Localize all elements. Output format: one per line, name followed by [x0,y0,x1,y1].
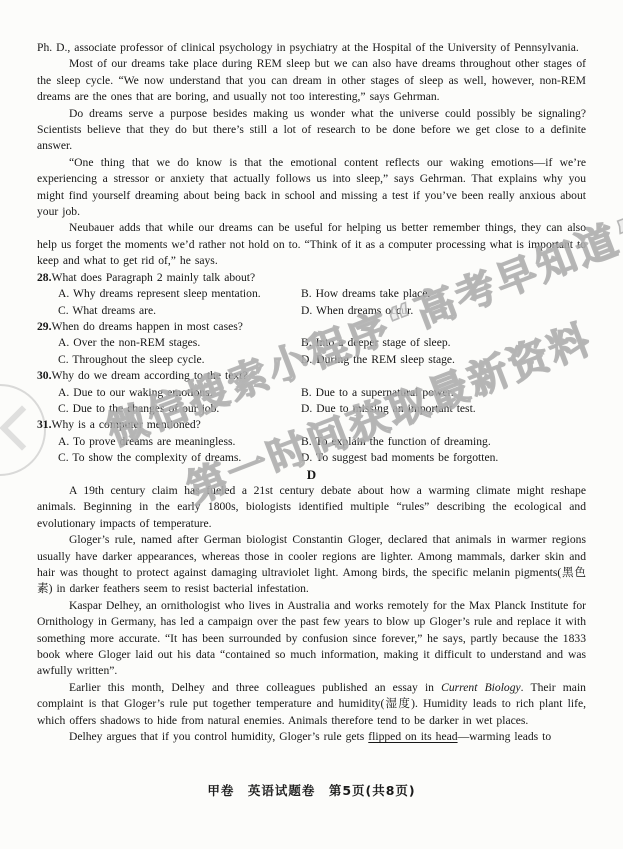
option-d: D. When dreams occur. [301,303,586,319]
question-30: 30.Why do we dream according to the text… [37,368,586,384]
question-text: Why do we dream according to the text? [52,369,248,382]
underlined-phrase: flipped on its head [368,730,457,743]
page-footer: 甲卷 英语试题卷 第5页(共8页) [0,781,623,799]
option-c: C. What dreams are. [58,303,301,319]
passage-paragraph: Neubauer adds that while our dreams can … [37,220,586,269]
question-31-options: A. To prove dreams are meaningless. B. T… [58,434,586,467]
option-b: B. Due to a supernatural power. [301,385,586,401]
option-a: A. Why dreams represent sleep mentation. [58,286,301,302]
option-b: B. To explain the function of dreaming. [301,434,586,450]
passage-paragraph: Kaspar Delhey, an ornithologist who live… [37,598,586,680]
question-30-options: A. Due to our waking emotions. B. Due to… [58,385,586,418]
question-number: 29. [37,320,52,333]
passage-paragraph: “One thing that we do know is that the e… [37,155,586,221]
passage-paragraph: Ph. D., associate professor of clinical … [37,40,586,56]
question-31: 31.Why is a computer mentioned? [37,417,586,433]
option-a: A. Over the non-REM stages. [58,335,301,351]
passage-paragraph: A 19th century claim has fueled a 21st c… [37,483,586,532]
option-a: A. To prove dreams are meaningless. [58,434,301,450]
question-text: When do dreams happen in most cases? [52,320,243,333]
option-c: C. Throughout the sleep cycle. [58,352,301,368]
question-text: What does Paragraph 2 mainly talk about? [52,271,256,284]
passage-paragraph: Gloger’s rule, named after German biolog… [37,532,586,598]
option-d: D. To suggest bad moments be forgotten. [301,450,586,466]
question-number: 31. [37,418,52,431]
passage-paragraph: Most of our dreams take place during REM… [37,56,586,105]
option-c: C. To show the complexity of dreams. [58,450,301,466]
paragraph-text: Earlier this month, Delhey and three col… [69,681,441,694]
passage-paragraph: Do dreams serve a purpose besides making… [37,106,586,155]
option-b: B. How dreams take place. [301,286,586,302]
option-c: C. Due to the changes of our job. [58,401,301,417]
paragraph-text: —warming leads to [458,730,552,743]
paragraph-text: Delhey argues that if you control humidi… [69,730,368,743]
question-number: 30. [37,369,52,382]
option-d: D. Due to missing an important test. [301,401,586,417]
question-28: 28.What does Paragraph 2 mainly talk abo… [37,270,586,286]
exam-page-scan: Ph. D., associate professor of clinical … [0,0,623,849]
question-text: Why is a computer mentioned? [52,418,201,431]
passage-paragraph: Delhey argues that if you control humidi… [37,729,586,745]
page-content: Ph. D., associate professor of clinical … [37,40,586,745]
journal-title: Current Biology [441,681,521,694]
question-29-options: A. Over the non-REM stages. B. Into a de… [58,335,586,368]
passage-paragraph: Earlier this month, Delhey and three col… [37,680,586,729]
option-b: B. Into a deeper stage of sleep. [301,335,586,351]
question-29: 29.When do dreams happen in most cases? [37,319,586,335]
question-number: 28. [37,271,52,284]
option-d: D. During the REM sleep stage. [301,352,586,368]
question-28-options: A. Why dreams represent sleep mentation.… [58,286,586,319]
section-d-label: D [37,467,586,483]
option-a: A. Due to our waking emotions. [58,385,301,401]
